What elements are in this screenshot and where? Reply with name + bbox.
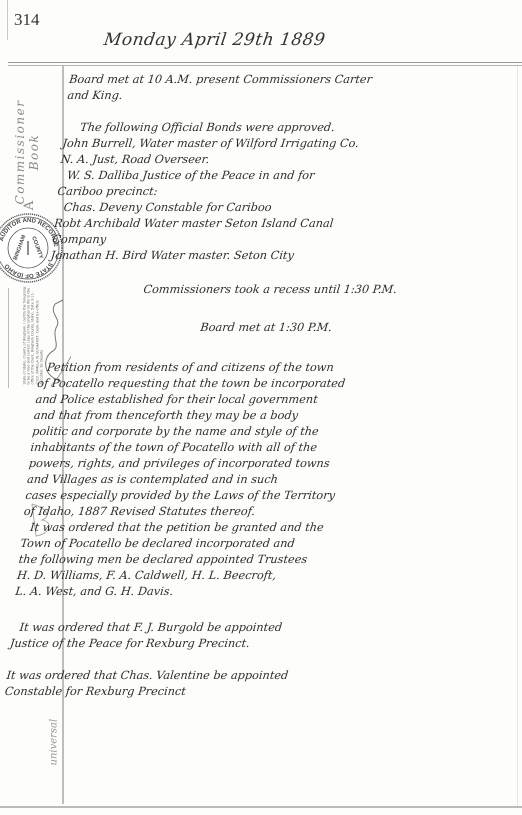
book-label-volume: A (22, 201, 37, 210)
minutes-line: Board met at 10 A.M. present Commissione… (68, 72, 372, 88)
minutes-line: Town of Pocatello be declared incorporat… (20, 536, 296, 552)
book-label-title: Commissioner Book (13, 87, 41, 217)
minutes-line: cases especially provided by the Laws of… (25, 488, 336, 504)
minutes-line: Petition from residents of and citizens … (46, 360, 334, 376)
minutes-line: Chas. Deveny Constable for Cariboo (63, 200, 272, 216)
minutes-line: and King. (67, 88, 124, 104)
minutes-line: Robt Archibald Water master Seton Island… (53, 216, 334, 232)
minutes-line: Justice of the Peace for Rexburg Precinc… (9, 636, 250, 652)
minutes-line: Board met at 1:30 P.M. (42, 320, 490, 336)
minutes-line: It was ordered that F. J. Burgold be app… (19, 620, 283, 636)
minutes-line: John Burrell, Water master of Wilford Ir… (62, 136, 360, 152)
minutes-line: powers, rights, and privileges of incorp… (28, 456, 330, 472)
page-number: 314 (14, 10, 40, 30)
minutes-line: Cariboo precinct: (57, 184, 159, 200)
book-label: Commissioner Book A (2, 78, 42, 228)
minutes-line: inhabitants of the town of Pocatello wit… (30, 440, 318, 456)
minutes-line: W. S. Dalliba Justice of the Peace in an… (66, 168, 315, 184)
minutes-line: of Idaho, 1887 Revised Statutes thereof. (23, 504, 256, 520)
minutes-line: It was ordered that the petition be gran… (29, 520, 324, 536)
header-rule-bottom (8, 65, 522, 66)
minutes-line: Jonathan H. Bird Water master. Seton Cit… (50, 248, 295, 264)
ledger-page: 314 Monday April 29th 1889 Commissioner … (0, 0, 522, 815)
minutes-line: of Pocatello requesting that the town be… (36, 376, 346, 392)
minutes-line: Company (52, 232, 107, 248)
left-edge-rule (7, 0, 8, 40)
minutes-line: Commissioners took a recess until 1:30 P… (46, 282, 494, 298)
minutes-line: and that from thenceforth they may be a … (33, 408, 299, 424)
minutes-line: The following Official Bonds were approv… (79, 120, 335, 136)
minutes-line: L. A. West, and G. H. Davis. (15, 584, 174, 600)
bottom-rule (0, 806, 522, 808)
minutes-line: H. D. Williams, F. A. Caldwell, H. L. Be… (16, 568, 277, 584)
minutes-line: politic and corporate by the name and st… (31, 424, 319, 440)
minutes-line: and Police established for their local g… (35, 392, 319, 408)
minutes-line: It was ordered that Chas. Valentine be a… (6, 668, 289, 684)
date-heading: Monday April 29th 1889 (103, 30, 327, 50)
minutes-line: and Villages as is contemplated and in s… (26, 472, 278, 488)
right-edge-rule (517, 66, 518, 806)
minutes-line: the following men be declared appointed … (18, 552, 308, 568)
header-rule-top (8, 62, 522, 63)
minutes-line: N. A. Just, Road Overseer. (60, 152, 210, 168)
minutes-line: Constable for Rexburg Precinct (4, 684, 187, 700)
